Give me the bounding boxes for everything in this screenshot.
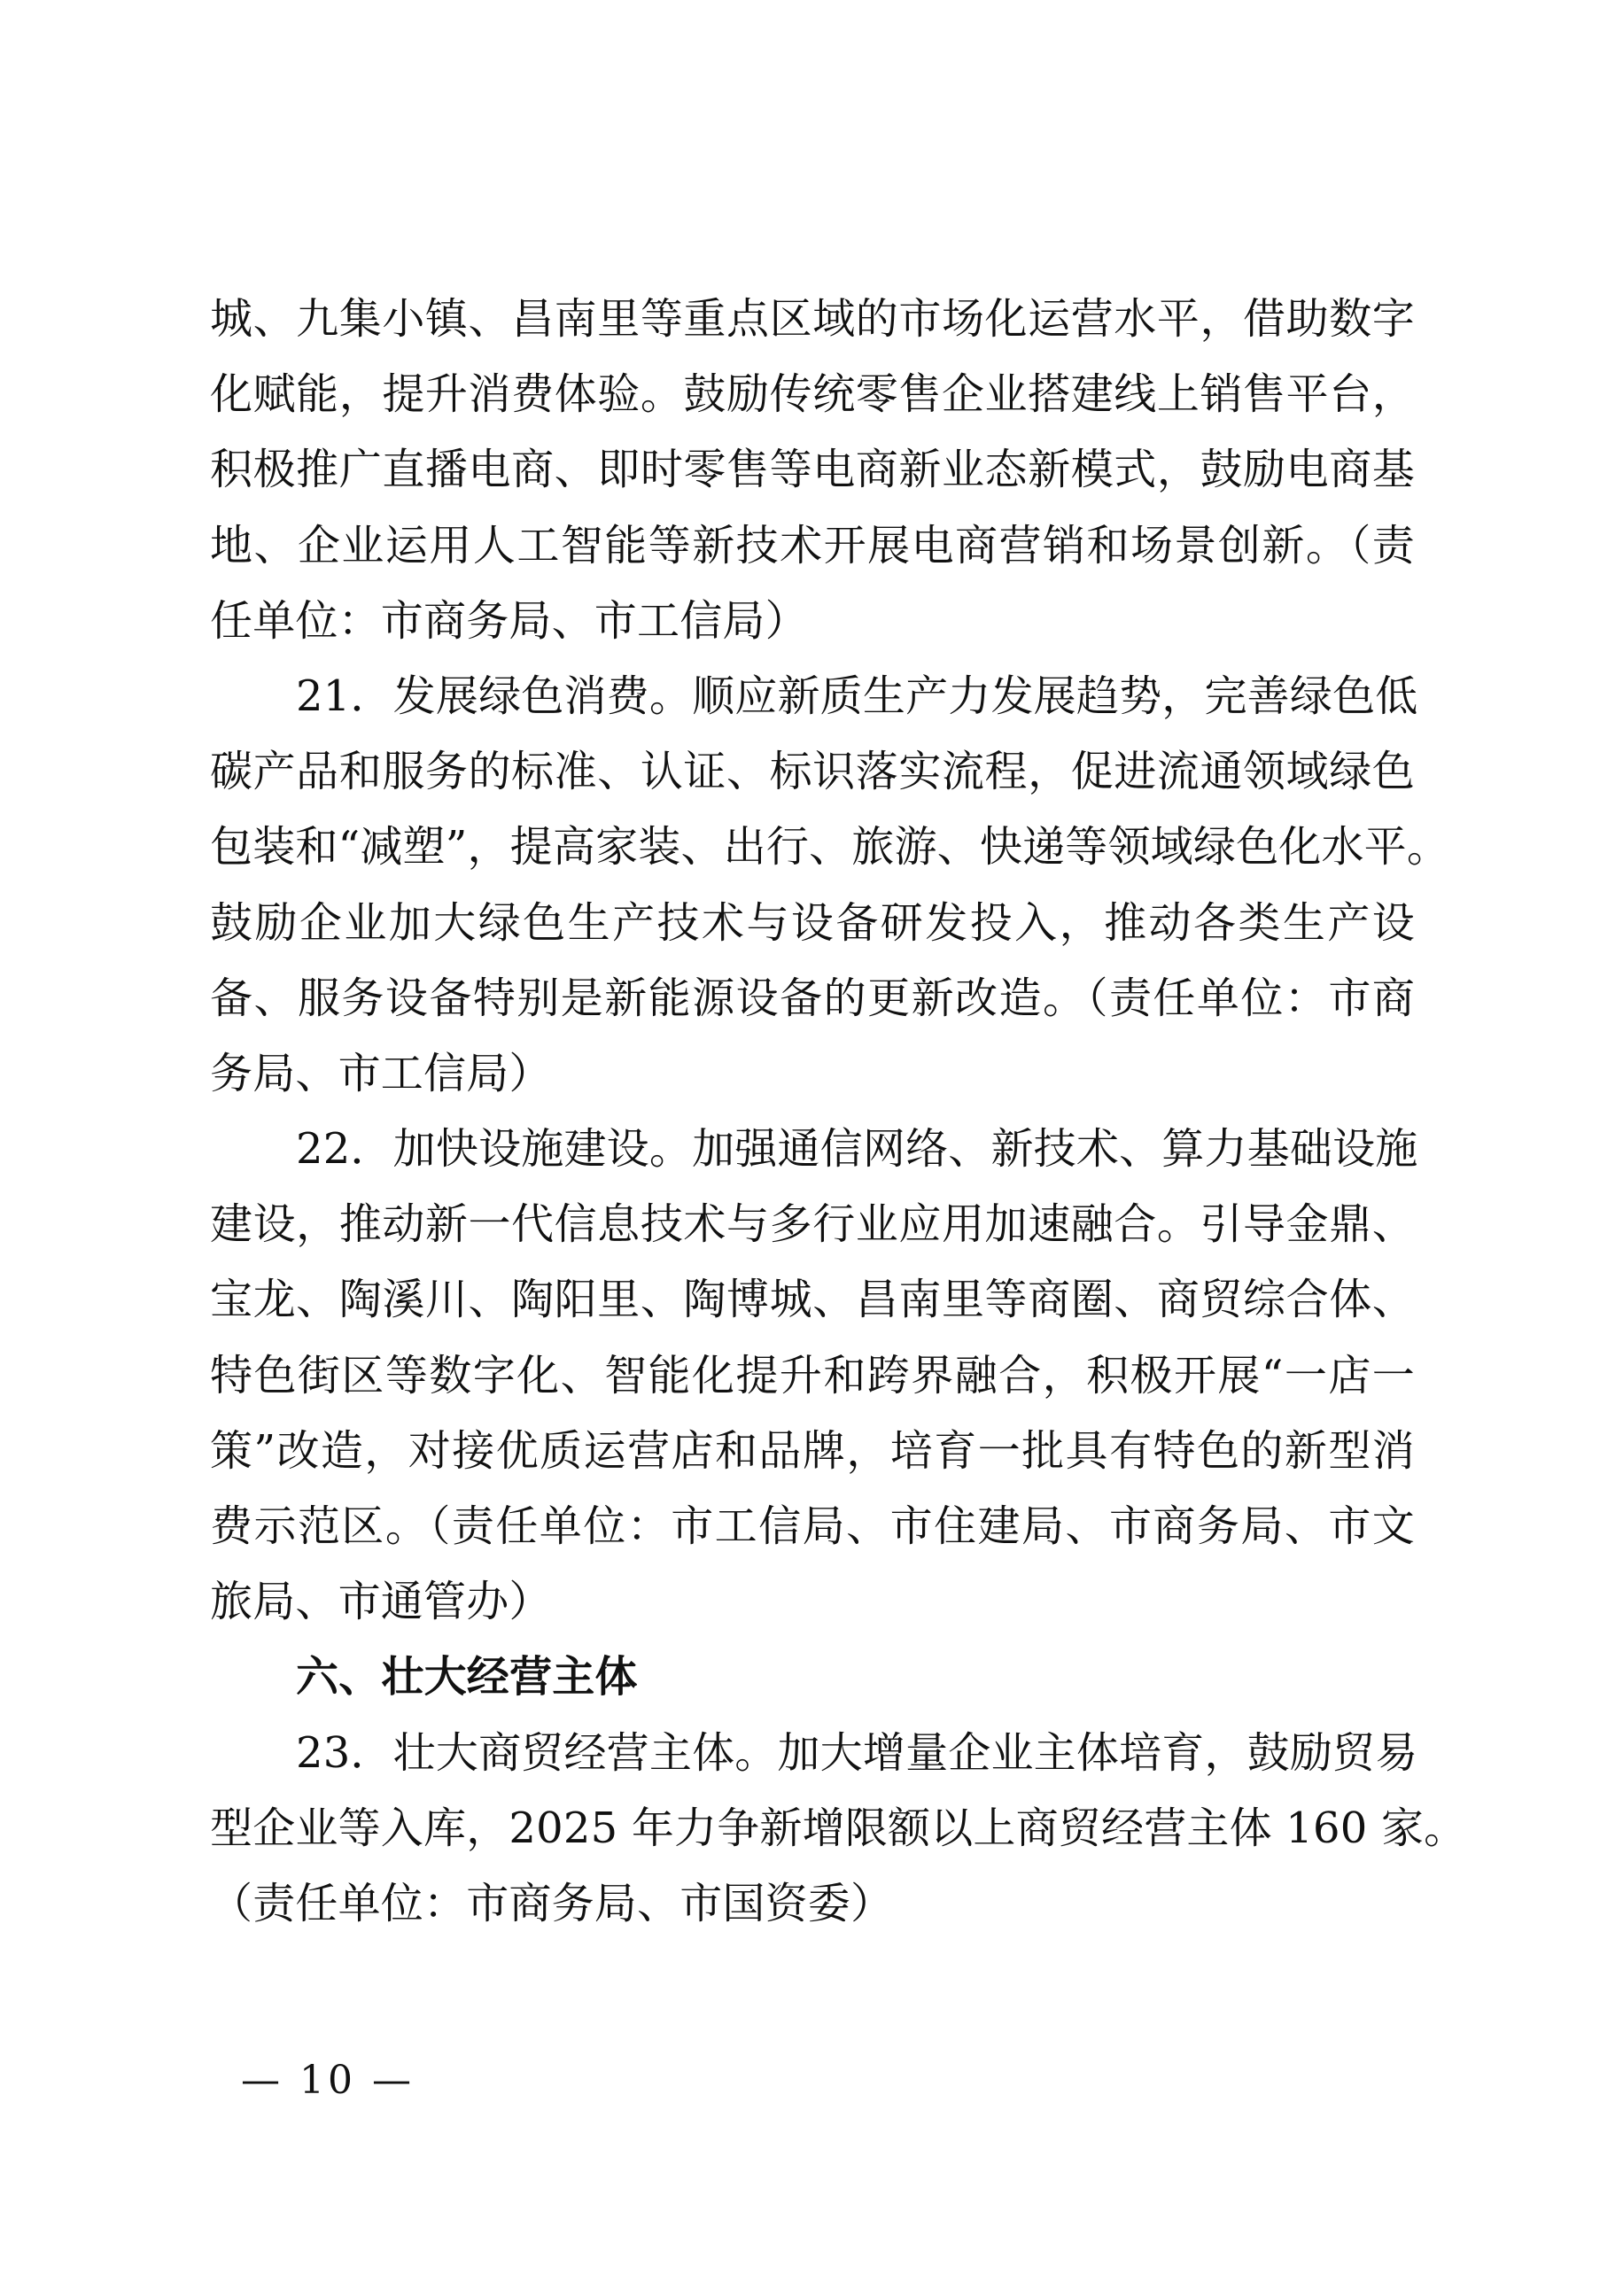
text-line: （责任单位：市商务局、市国资委） <box>210 1875 1415 1951</box>
text-line: 碳产品和服务的标准、认证、标识落实流程，促进流通领域绿色 <box>210 743 1415 818</box>
section-heading-text: 六、壮大经营主体 <box>210 1648 1415 1724</box>
section-heading: 六、壮大经营主体 <box>210 1648 1415 1724</box>
text-line: 备、服务设备特别是新能源设备的更新改造。（责任单位：市商 <box>210 970 1415 1045</box>
document-page: 城、九集小镇、昌南里等重点区域的市场化运营水平，借助数字 化赋能，提升消费体验。… <box>210 291 1415 1951</box>
text-line: 23．壮大商贸经营主体。加大增量企业主体培育，鼓励贸易 <box>210 1725 1415 1800</box>
text-line: 鼓励企业加大绿色生产技术与设备研发投入，推动各类生产设 <box>210 895 1415 970</box>
text-line: 策”改造，对接优质运营店和品牌，培育一批具有特色的新型消 <box>210 1423 1415 1498</box>
page-number: — 10 — <box>241 2057 415 2105</box>
text-line: 任单位：市商务局、市工信局） <box>210 593 1415 668</box>
text-line: 地、企业运用人工智能等新技术开展电商营销和场景创新。（责 <box>210 517 1415 593</box>
text-line: 城、九集小镇、昌南里等重点区域的市场化运营水平，借助数字 <box>210 291 1415 366</box>
text-line: 旅局、市通管办） <box>210 1573 1415 1648</box>
paragraph-21: 21．发展绿色消费。顺应新质生产力发展趋势，完善绿色低 碳产品和服务的标准、认证… <box>210 668 1415 1121</box>
text-line: 特色街区等数字化、智能化提升和跨界融合，积极开展“一店一 <box>210 1347 1415 1423</box>
text-line: 费示范区。（责任单位：市工信局、市住建局、市商务局、市文 <box>210 1498 1415 1573</box>
paragraph-23: 23．壮大商贸经营主体。加大增量企业主体培育，鼓励贸易 型企业等入库，2025 … <box>210 1725 1415 1951</box>
text-line: 建设，推动新一代信息技术与多行业应用加速融合。引导金鼎、 <box>210 1196 1415 1271</box>
paragraph-continuation: 城、九集小镇、昌南里等重点区域的市场化运营水平，借助数字 化赋能，提升消费体验。… <box>210 291 1415 668</box>
text-line: 宝龙、陶溪川、陶阳里、陶博城、昌南里等商圈、商贸综合体、 <box>210 1271 1415 1346</box>
text-line: 型企业等入库，2025 年力争新增限额以上商贸经营主体 160 家。 <box>210 1800 1415 1875</box>
text-line: 务局、市工信局） <box>210 1045 1415 1121</box>
text-line: 21．发展绿色消费。顺应新质生产力发展趋势，完善绿色低 <box>210 668 1415 743</box>
text-line: 包装和“减塑”，提高家装、出行、旅游、快递等领域绿色化水平。 <box>210 818 1415 894</box>
text-line: 22．加快设施建设。加强通信网络、新技术、算力基础设施 <box>210 1121 1415 1196</box>
paragraph-22: 22．加快设施建设。加强通信网络、新技术、算力基础设施 建设，推动新一代信息技术… <box>210 1121 1415 1648</box>
text-line: 积极推广直播电商、即时零售等电商新业态新模式，鼓励电商基 <box>210 441 1415 516</box>
text-line: 化赋能，提升消费体验。鼓励传统零售企业搭建线上销售平台， <box>210 366 1415 441</box>
